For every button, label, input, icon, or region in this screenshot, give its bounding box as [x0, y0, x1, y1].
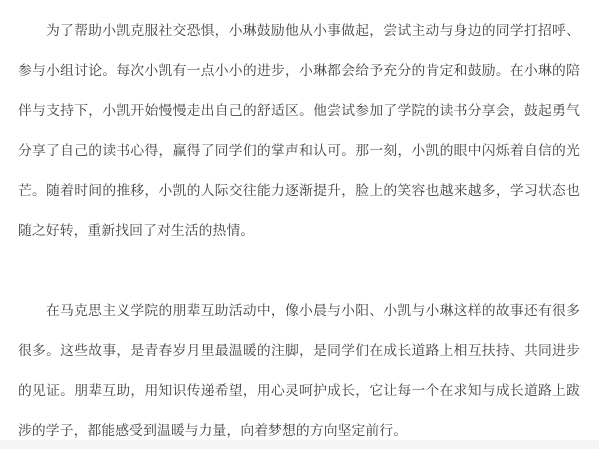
- paragraphs-container: 为了帮助小凯克服社交恐惧，小琳鼓励他从小事做起，尝试主动与身边的同学打招呼、参与…: [18, 11, 578, 449]
- text-line: 很多。这些故事，是青春岁月里最温暖的注脚，是同学们在成长道路上相互扶持、共同进步: [18, 331, 580, 371]
- text-line: 伴与支持下，小凯开始慢慢走出自己的舒适区。他尝试参加了学院的读书分享会，鼓起勇气: [18, 91, 580, 131]
- text-line: 随之好转，重新找回了对生活的热情。: [18, 211, 580, 251]
- page-bottom-edge: [0, 440, 599, 449]
- text-line: 为了帮助小凯克服社交恐惧，小琳鼓励他从小事做起，尝试主动与身边的同学打招呼、: [18, 11, 580, 51]
- page: 为了帮助小凯克服社交恐惧，小琳鼓励他从小事做起，尝试主动与身边的同学打招呼、参与…: [0, 0, 599, 449]
- text-line: 分享了自己的读书心得，赢得了同学们的掌声和认可。那一刻，小凯的眼中闪烁着自信的光: [18, 131, 580, 171]
- text-line: 芒。随着时间的推移，小凯的人际交往能力逐渐提升，脸上的笑容也越来越多，学习状态也: [18, 171, 580, 211]
- text-line: 的见证。朋辈互助，用知识传递希望，用心灵呵护成长，它让每一个在求知与成长道路上跋: [18, 371, 580, 411]
- paragraph: 在马克思主义学院的朋辈互助活动中，像小晨与小阳、小凯与小琳这样的故事还有很多很多…: [18, 291, 578, 449]
- document-body: 为了帮助小凯克服社交恐惧，小琳鼓励他从小事做起，尝试主动与身边的同学打招呼、参与…: [0, 0, 599, 449]
- text-line: 在马克思主义学院的朋辈互助活动中，像小晨与小阳、小凯与小琳这样的故事还有很多: [18, 291, 580, 331]
- paragraph: 为了帮助小凯克服社交恐惧，小琳鼓励他从小事做起，尝试主动与身边的同学打招呼、参与…: [18, 11, 578, 251]
- text-line: 参与小组讨论。每次小凯有一点小小的进步，小琳都会给予充分的肯定和鼓励。在小琳的陪: [18, 51, 580, 91]
